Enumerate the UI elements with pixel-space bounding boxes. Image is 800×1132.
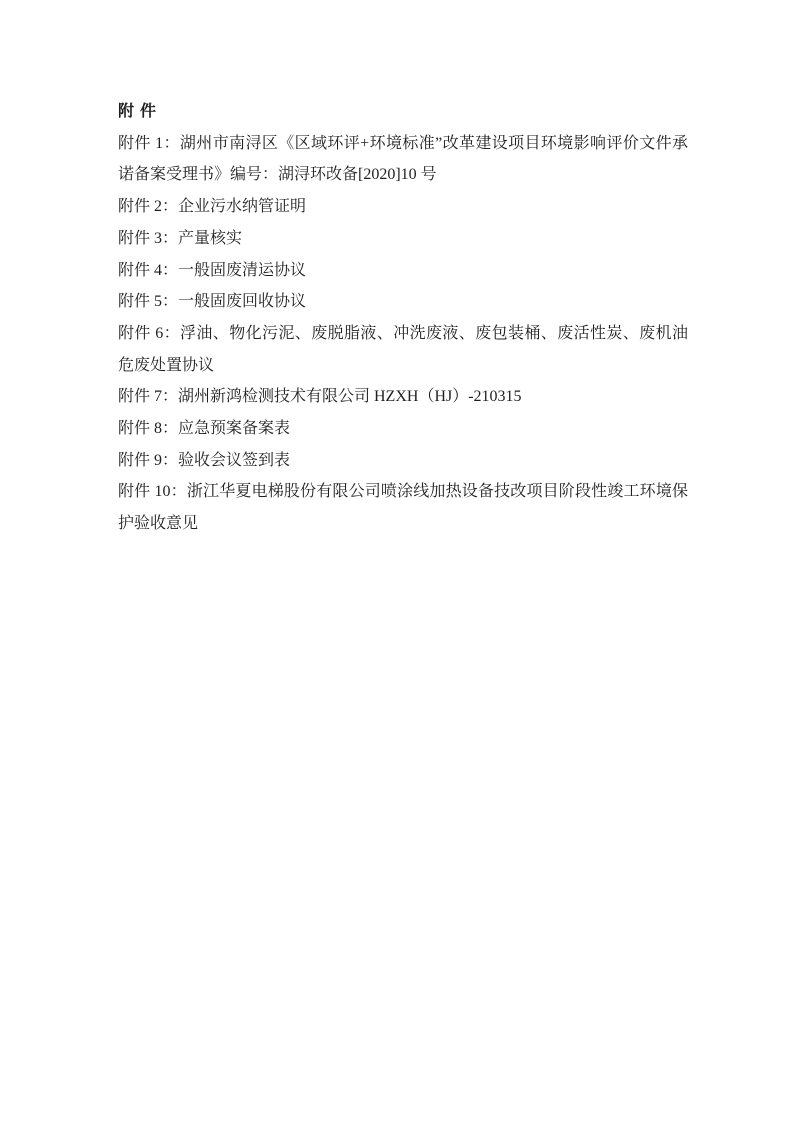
attachment-item-9: 附件 9：验收会议签到表 [118, 445, 688, 477]
attachments-section: 附 件 附件 1：湖州市南浔区《区域环评+环境标准”改革建设项目环境影响评价文件… [118, 96, 688, 540]
attachment-item-3: 附件 3：产量核实 [118, 223, 688, 255]
attachment-item-7: 附件 7：湖州新鸿检测技术有限公司 HZXH（HJ）-210315 [118, 381, 688, 413]
document-page: 附 件 附件 1：湖州市南浔区《区域环评+环境标准”改革建设项目环境影响评价文件… [0, 0, 800, 1132]
attachment-item-10: 附件 10：浙江华夏电梯股份有限公司喷涂线加热设备技改项目阶段性竣工环境保护验收… [118, 476, 688, 539]
attachment-item-5: 附件 5：一般固废回收协议 [118, 286, 688, 318]
page-title: 附 件 [118, 96, 688, 128]
attachment-list: 附件 1：湖州市南浔区《区域环评+环境标准”改革建设项目环境影响评价文件承诺备案… [118, 128, 688, 540]
attachment-item-4: 附件 4：一般固废清运协议 [118, 255, 688, 287]
attachment-item-8: 附件 8：应急预案备案表 [118, 413, 688, 445]
attachment-item-6: 附件 6：浮油、物化污泥、废脱脂液、冲洗废液、废包装桶、废活性炭、废机油危废处置… [118, 318, 688, 381]
attachment-item-1: 附件 1：湖州市南浔区《区域环评+环境标准”改革建设项目环境影响评价文件承诺备案… [118, 128, 688, 191]
attachment-item-2: 附件 2：企业污水纳管证明 [118, 191, 688, 223]
